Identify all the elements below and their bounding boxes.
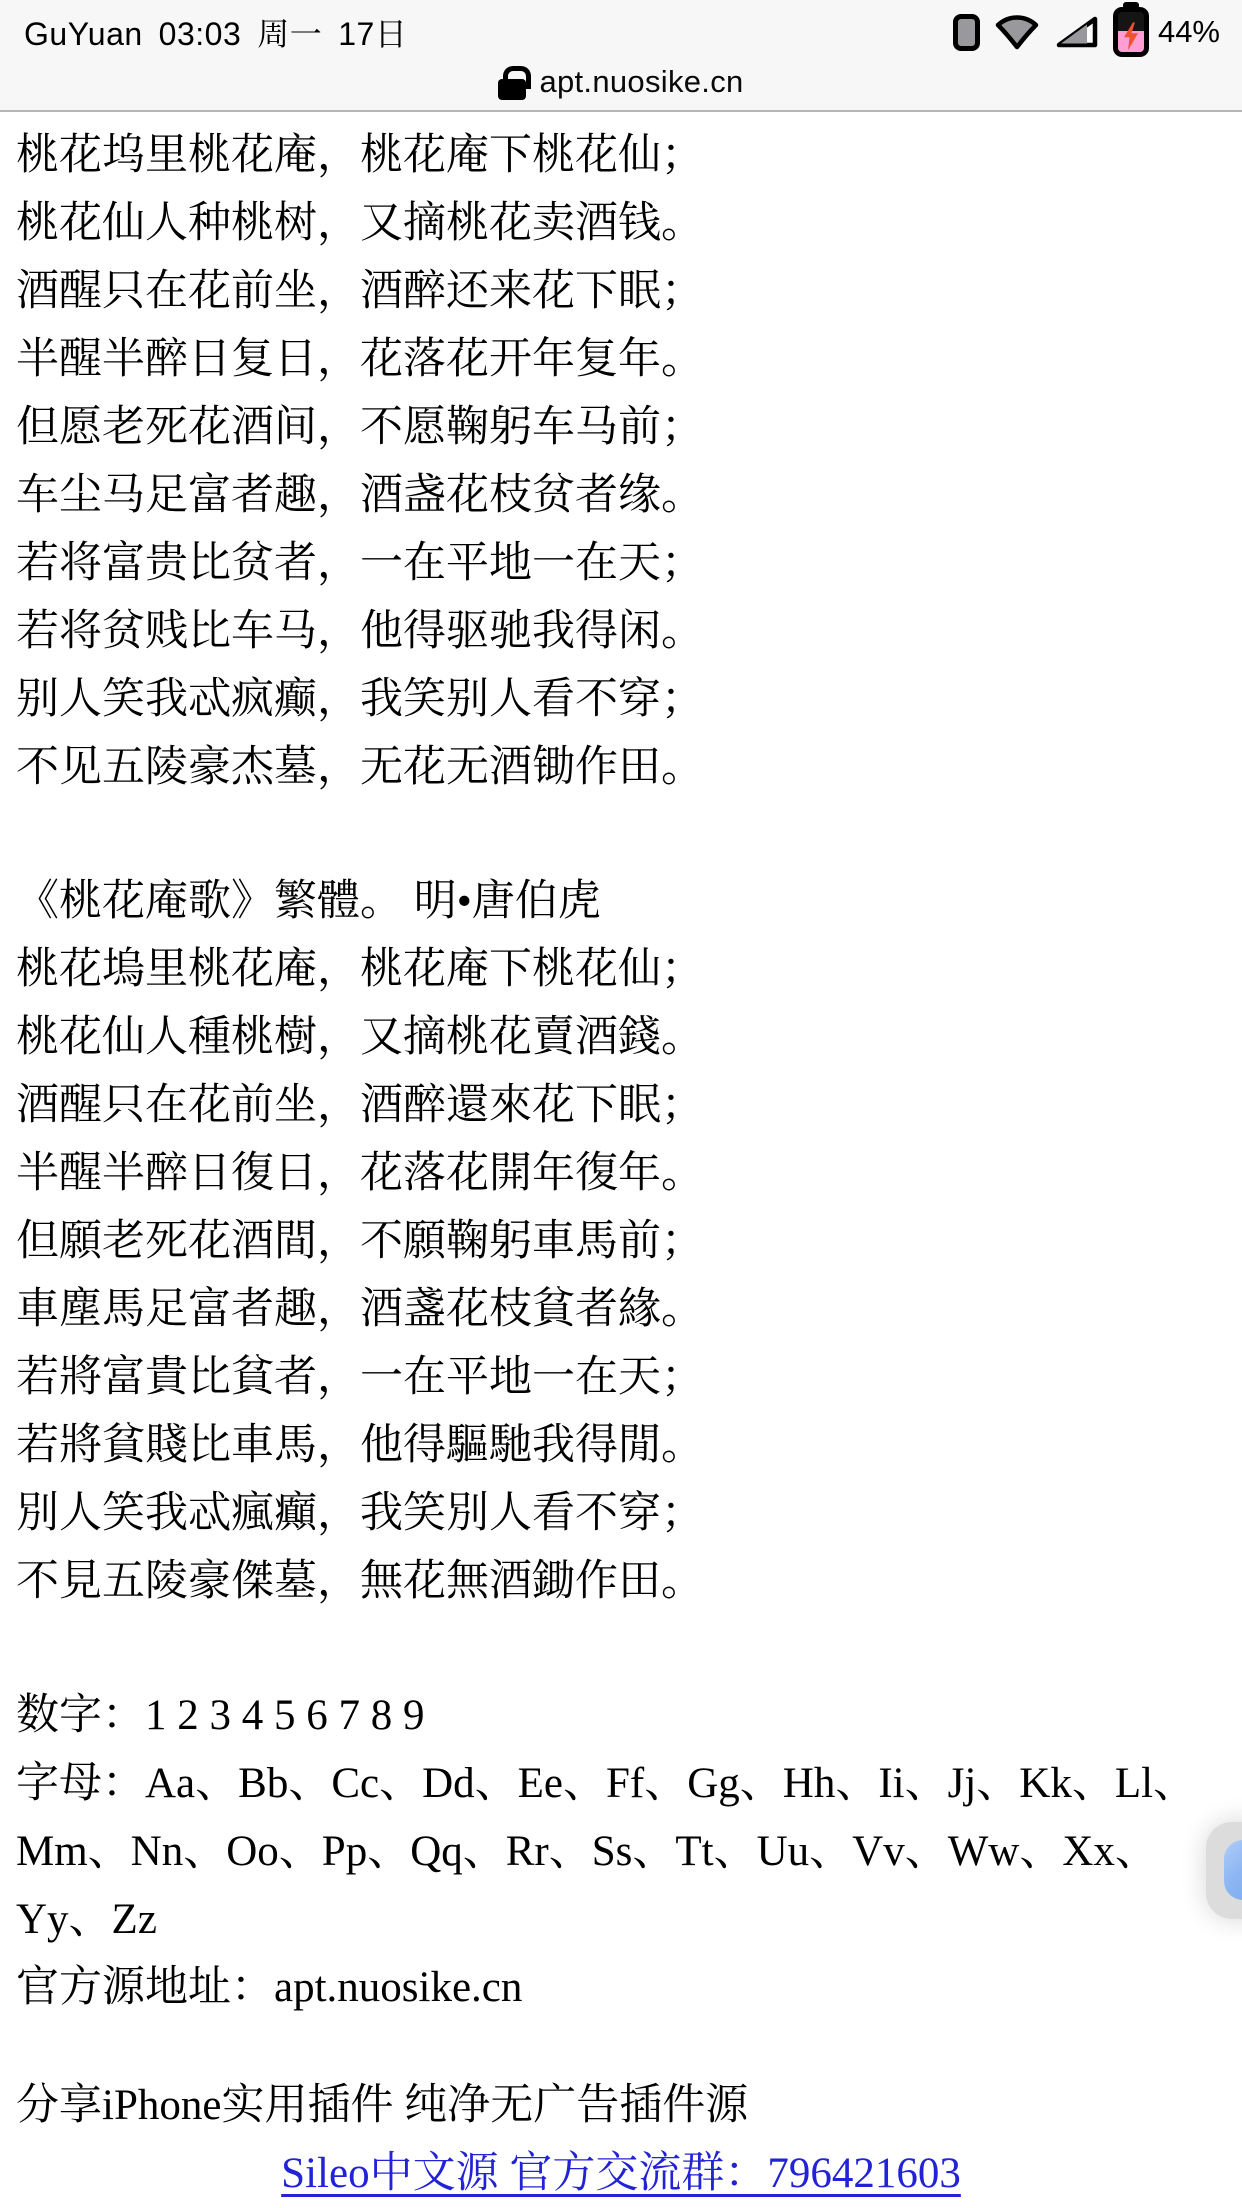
letters-test-line: Yy、Zz	[16, 1886, 1226, 1954]
poem-traditional-line: 半醒半醉日復日，花落花開年復年。	[16, 1140, 1226, 1208]
poem-traditional-line: 但願老死花酒間，不願鞠躬車馬前；	[16, 1208, 1226, 1276]
address-bar[interactable]: apt.nuosike.cn	[0, 54, 1242, 110]
qq-group-link-line: Sileo中文源 官方交流群：796421603	[16, 2140, 1226, 2208]
poem-simplified-line: 但愿老死花酒间，不愿鞠躬车马前；	[16, 394, 1226, 462]
poem-simplified-line: 半醒半醉日复日，花落花开年复年。	[16, 326, 1226, 394]
status-right-cluster: 44%	[940, 7, 1220, 57]
portrait-device-icon	[953, 14, 980, 51]
section-gap	[16, 2022, 1226, 2072]
section-gap	[16, 802, 1226, 868]
poem-traditional-line: 若將貧賤比車馬，他得驅馳我得閒。	[16, 1412, 1226, 1480]
page-content: 桃花坞里桃花庵，桃花庵下桃花仙； 桃花仙人种桃树，又摘桃花卖酒钱。 酒醒只在花前…	[0, 112, 1242, 2208]
charging-bolt-icon	[1122, 22, 1140, 50]
official-source-line: 官方源地址：apt.nuosike.cn	[16, 1954, 1226, 2022]
wifi-icon	[993, 13, 1041, 51]
poem-traditional-line: 桃花仙人種桃樹，又摘桃花賣酒錢。	[16, 1004, 1226, 1072]
share-description-line: 分享iPhone实用插件 纯净无广告插件源	[16, 2072, 1226, 2140]
status-left-cluster: GuYuan 03:03 周一 17日	[24, 9, 407, 55]
poem-simplified-line: 若将贫贱比车马，他得驱驰我得闲。	[16, 598, 1226, 666]
clock-label: 03:03	[159, 16, 242, 53]
browser-chrome: GuYuan 03:03 周一 17日	[0, 0, 1242, 112]
cellular-signal-icon	[1054, 14, 1100, 50]
traditional-poem-header: 《桃花庵歌》繁體。 明•唐伯虎	[16, 868, 1226, 936]
address-domain-label: apt.nuosike.cn	[539, 64, 743, 100]
poem-traditional-line: 別人笑我忒瘋癲，我笑別人看不穿；	[16, 1480, 1226, 1548]
poem-simplified-line: 不见五陵豪杰墓，无花无酒锄作田。	[16, 734, 1226, 802]
poem-simplified-line: 别人笑我忒疯癫，我笑别人看不穿；	[16, 666, 1226, 734]
poem-traditional-line: 桃花塢里桃花庵，桃花庵下桃花仙；	[16, 936, 1226, 1004]
safari-screen: GuYuan 03:03 周一 17日	[0, 0, 1242, 2208]
poem-simplified-line: 桃花仙人种桃树，又摘桃花卖酒钱。	[16, 190, 1226, 258]
letters-test-line: 字母：Aa、Bb、Cc、Dd、Ee、Ff、Gg、Hh、Ii、Jj、Kk、Ll、	[16, 1750, 1226, 1818]
poem-simplified-line: 桃花坞里桃花庵，桃花庵下桃花仙；	[16, 122, 1226, 190]
lock-icon	[498, 64, 526, 100]
battery-percent-label: 44%	[1158, 14, 1220, 50]
poem-traditional-line: 車塵馬足富者趣，酒盞花枝貧者緣。	[16, 1276, 1226, 1344]
blue-capsule-icon	[1224, 1840, 1242, 1900]
poem-simplified-line: 酒醒只在花前坐，酒醉还来花下眠；	[16, 258, 1226, 326]
poem-simplified-line: 车尘马足富者趣，酒盏花枝贫者缘。	[16, 462, 1226, 530]
carrier-label: GuYuan	[24, 16, 143, 53]
poem-traditional-line: 若將富貴比貧者，一在平地一在天；	[16, 1344, 1226, 1412]
numbers-test-line: 数字：1 2 3 4 5 6 7 8 9	[16, 1682, 1226, 1750]
date-label: 17日	[338, 9, 407, 55]
poem-traditional-line: 酒醒只在花前坐，酒醉還來花下眠；	[16, 1072, 1226, 1140]
battery-charging-icon	[1113, 7, 1149, 57]
section-gap	[16, 1616, 1226, 1682]
poem-traditional-line: 不見五陵豪傑墓，無花無酒鋤作田。	[16, 1548, 1226, 1616]
poem-simplified-line: 若将富贵比贫者，一在平地一在天；	[16, 530, 1226, 598]
floating-ball-button[interactable]	[1206, 1822, 1242, 1919]
weekday-label: 周一	[257, 9, 322, 55]
qq-group-link[interactable]: Sileo中文源 官方交流群：796421603	[281, 2150, 961, 2197]
letters-test-line: Mm、Nn、Oo、Pp、Qq、Rr、Ss、Tt、Uu、Vv、Ww、Xx、	[16, 1818, 1226, 1886]
status-bar: GuYuan 03:03 周一 17日	[0, 0, 1242, 54]
